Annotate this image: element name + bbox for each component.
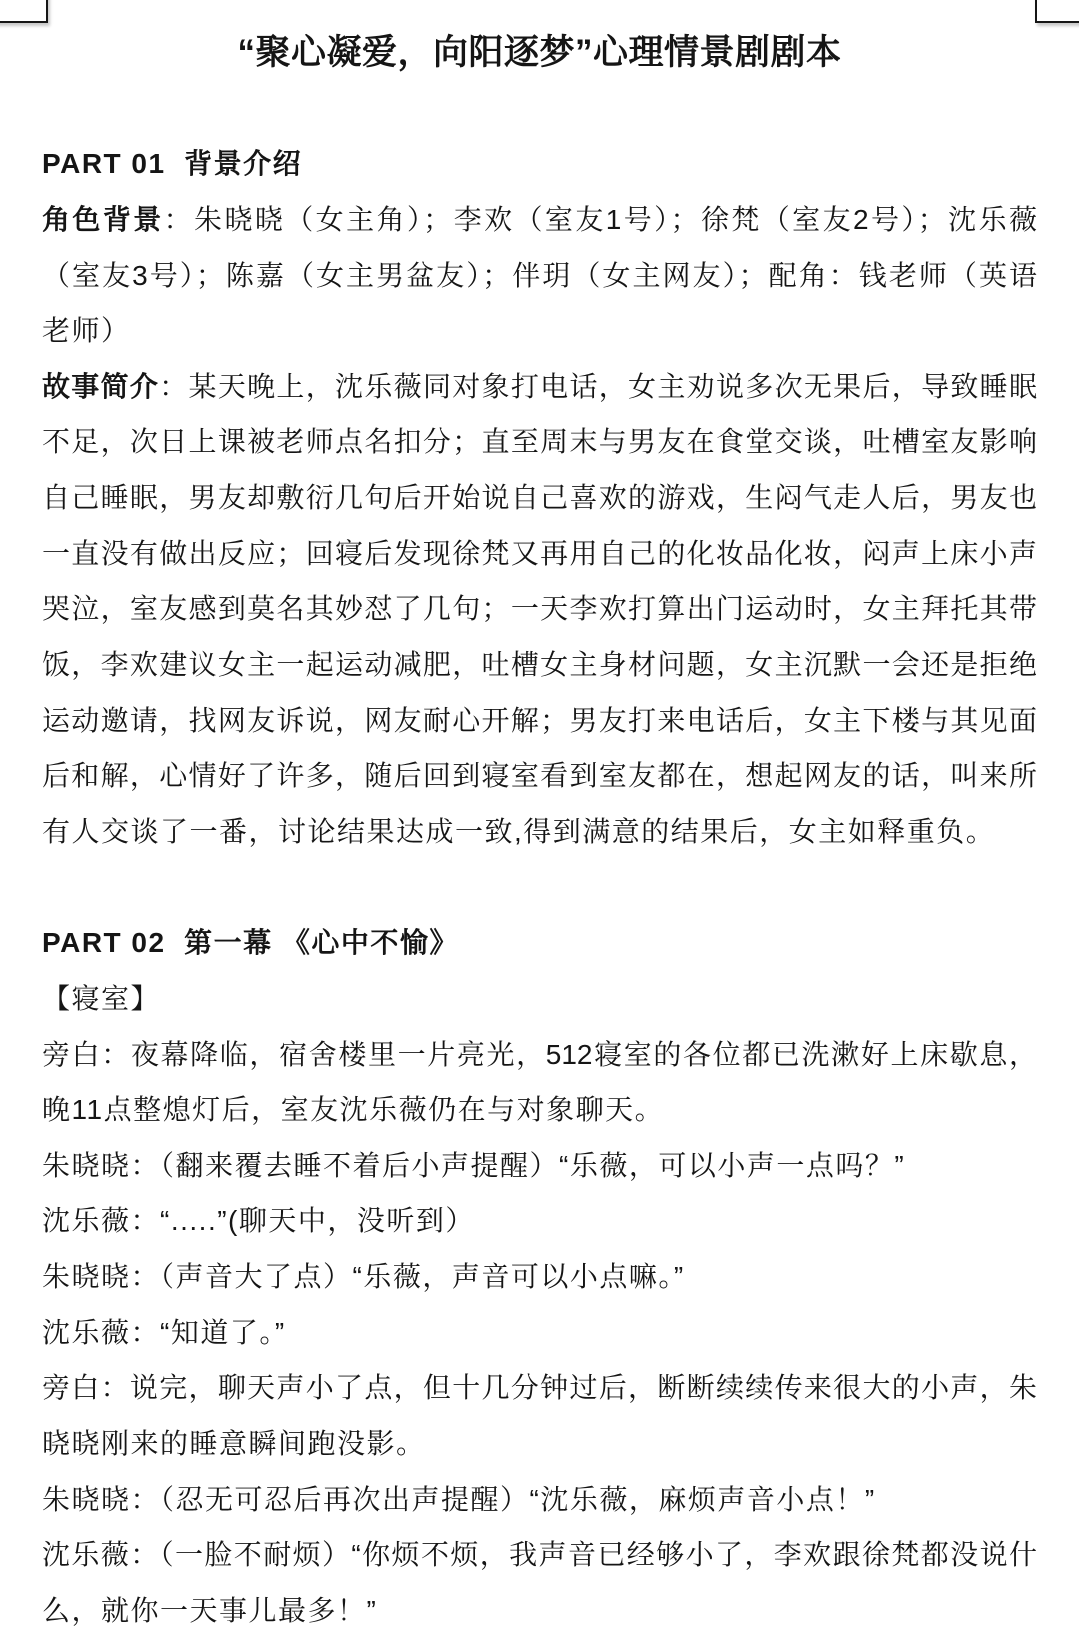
text-line: 沈乐薇：“知道了。” bbox=[42, 1305, 1037, 1361]
blank-line bbox=[42, 81, 1037, 137]
text-line: 角色背景：朱晓晓（女主角）；李欢（室友1号）；徐梵（室友2号）；沈乐薇 bbox=[42, 192, 1037, 248]
text-line: 自己睡眠，男友却敷衍几句后开始说自己喜欢的游戏，生闷气走人后，男友也 bbox=[42, 470, 1037, 526]
text-line: 一直没有做出反应；回寝后发现徐梵又再用自己的化妆品化妆，闷声上床小声 bbox=[42, 526, 1037, 582]
text-line: （室友3号）；陈嘉（女主男盆友）；伴玥（女主网友）；配角：钱老师（英语 bbox=[42, 248, 1037, 304]
text-line: 沈乐薇：“.....”(聊天中，没听到） bbox=[42, 1193, 1037, 1249]
script-document: “聚心凝爱，向阳逐梦”心理情景剧剧本PART 01 背景介绍角色背景：朱晓晓（女… bbox=[42, 25, 1037, 1639]
bold-label: 故事简介 bbox=[42, 371, 159, 402]
text-line: 旁白：夜幕降临，宿舍楼里一片亮光，512寝室的各位都已洗漱好上床歇息， bbox=[42, 1027, 1037, 1083]
text-line: 不足，次日上课被老师点名扣分；直至周末与男友在食堂交谈，吐槽室友影响 bbox=[42, 414, 1037, 470]
text-line: 饭，李欢建议女主一起运动减肥，吐槽女主身材问题，女主沉默一会还是拒绝 bbox=[42, 637, 1037, 693]
text-line: 晓晓刚来的睡意瞬间跑没影。 bbox=[42, 1416, 1037, 1472]
page-corner-box-right bbox=[1035, 0, 1079, 23]
text-line: 么，就你一天事儿最多！” bbox=[42, 1583, 1037, 1639]
text-line: 旁白：说完，聊天声小了点，但十几分钟过后，断断续续传来很大的小声，朱 bbox=[42, 1360, 1037, 1416]
text-line: 沈乐薇：（一脸不耐烦）“你烦不烦，我声音已经够小了，李欢跟徐梵都没说什 bbox=[42, 1527, 1037, 1583]
text-line: 有人交谈了一番，讨论结果达成一致,得到满意的结果后，女主如释重负。 bbox=[42, 804, 1037, 860]
text-line: 哭泣，室友感到莫名其妙怼了几句；一天李欢打算出门运动时，女主拜托其带 bbox=[42, 581, 1037, 637]
text-line: 运动邀请，找网友诉说，网友耐心开解；男友打来电话后，女主下楼与其见面 bbox=[42, 693, 1037, 749]
text-line: 朱晓晓：（翻来覆去睡不着后小声提醒）“乐薇，可以小声一点吗？” bbox=[42, 1138, 1037, 1194]
page-corner-box-left bbox=[0, 0, 48, 23]
text-line: 朱晓晓：（忍无可忍后再次出声提醒）“沈乐薇，麻烦声音小点！” bbox=[42, 1472, 1037, 1528]
text-line: 故事简介：某天晚上，沈乐薇同对象打电话，女主劝说多次无果后，导致睡眠 bbox=[42, 359, 1037, 415]
section-heading: PART 02 第一幕 《心中不愉》 bbox=[42, 915, 1037, 971]
text-line: 后和解，心情好了许多，随后回到寝室看到室友都在，想起网友的话，叫来所 bbox=[42, 748, 1037, 804]
document-page: { "document": { "title": "“聚心凝爱，向阳逐梦”心理情… bbox=[0, 0, 1079, 1645]
section-heading: PART 01 背景介绍 bbox=[42, 136, 1037, 192]
text-line: 晚11点整熄灯后，室友沈乐薇仍在与对象聊天。 bbox=[42, 1082, 1037, 1138]
document-title: “聚心凝爱，向阳逐梦”心理情景剧剧本 bbox=[42, 25, 1037, 81]
bold-label: 角色背景 bbox=[42, 204, 164, 235]
text-line: 【寝室】 bbox=[42, 971, 1037, 1027]
text-line: 朱晓晓：（声音大了点）“乐薇，声音可以小点嘛。” bbox=[42, 1249, 1037, 1305]
text-line: 老师） bbox=[42, 303, 1037, 359]
blank-line bbox=[42, 860, 1037, 916]
